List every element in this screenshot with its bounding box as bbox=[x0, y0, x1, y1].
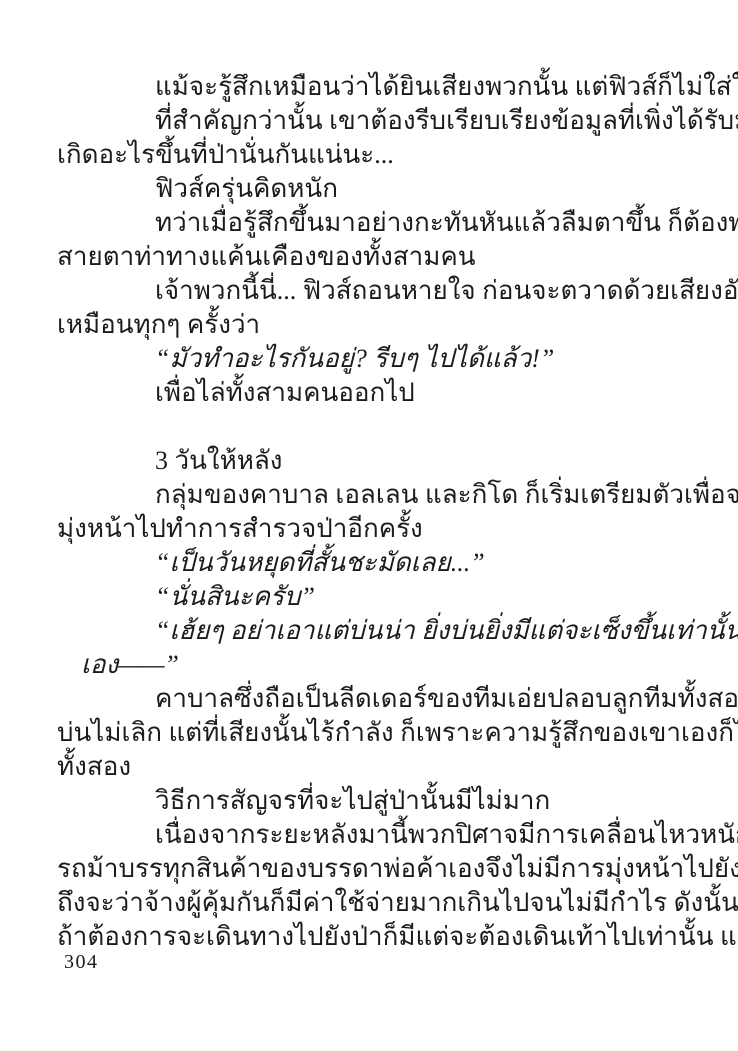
text-line: “เป็นวันหยุดที่สั้นชะมัดเลย...” bbox=[57, 546, 679, 580]
text-line: เกิดอะไรขึ้นที่ป่านั่นกันแน่นะ... bbox=[57, 138, 679, 172]
text-line: เพื่อไล่ทั้งสามคนออกไป bbox=[57, 376, 679, 410]
body-text: แม้จะรู้สึกเหมือนว่าได้ยินเสียงพวกนั้น แ… bbox=[57, 70, 679, 954]
text-line: ทั้งสอง bbox=[57, 750, 679, 784]
text-line: “เฮ้ยๆ อย่าเอาแต่บ่นน่า ยิ่งบ่นยิ่งมีแต่… bbox=[57, 614, 679, 648]
text-line: แม้จะรู้สึกเหมือนว่าได้ยินเสียงพวกนั้น แ… bbox=[57, 70, 679, 104]
blank-line bbox=[57, 410, 679, 444]
text-line: “มัวทำอะไรกันอยู่? รีบๆ ไปได้แล้ว!” bbox=[57, 342, 679, 376]
text-line: “นั่นสินะครับ” bbox=[57, 580, 679, 614]
text-line: คาบาลซึ่งถือเป็นลีดเดอร์ของทีมเอ่ยปลอบลู… bbox=[57, 682, 679, 716]
text-line: กลุ่มของคาบาล เอลเลน และกิโด ก็เริ่มเตรี… bbox=[57, 478, 679, 512]
text-line: ที่สำคัญกว่านั้น เขาต้องรีบเรียบเรียงข้อ… bbox=[57, 104, 679, 138]
text-line: ทว่าเมื่อรู้สึกขึ้นมาอย่างกะทันหันแล้วลื… bbox=[57, 206, 679, 240]
text-line: เจ้าพวกนี้นี่... ฟิวส์ถอนหายใจ ก่อนจะตวา… bbox=[57, 274, 679, 308]
text-line: รถม้าบรรทุกสินค้าของบรรดาพ่อค้าเองจึงไม่… bbox=[57, 852, 679, 886]
text-line: เหมือนทุกๆ ครั้งว่า bbox=[57, 308, 679, 342]
text-line: ฟิวส์ครุ่นคิดหนัก bbox=[57, 172, 679, 206]
text-line: มุ่งหน้าไปทำการสำรวจป่าอีกครั้ง bbox=[57, 512, 679, 546]
text-line: บ่นไม่เลิก แต่ที่เสียงนั้นไร้กำลัง ก็เพร… bbox=[57, 716, 679, 750]
text-line: วิธีการสัญจรที่จะไปสู่ป่านั้นมีไม่มาก bbox=[57, 784, 679, 818]
text-line: 3 วันให้หลัง bbox=[57, 444, 679, 478]
text-line: เนื่องจากระยะหลังมานี้พวกปิศาจมีการเคลื่… bbox=[57, 818, 679, 852]
text-line: เอง——” bbox=[57, 648, 679, 682]
book-page: แม้จะรู้สึกเหมือนว่าได้ยินเสียงพวกนั้น แ… bbox=[0, 0, 738, 1051]
text-line: ถ้าต้องการจะเดินทางไปยังป่าก็มีแต่จะต้อง… bbox=[57, 920, 679, 954]
page-number: 304 bbox=[64, 950, 99, 974]
text-line: สายตาท่าทางแค้นเคืองของทั้งสามคน bbox=[57, 240, 679, 274]
text-line: ถึงจะว่าจ้างผู้คุ้มกันก็มีค่าใช้จ่ายมากเ… bbox=[57, 886, 679, 920]
